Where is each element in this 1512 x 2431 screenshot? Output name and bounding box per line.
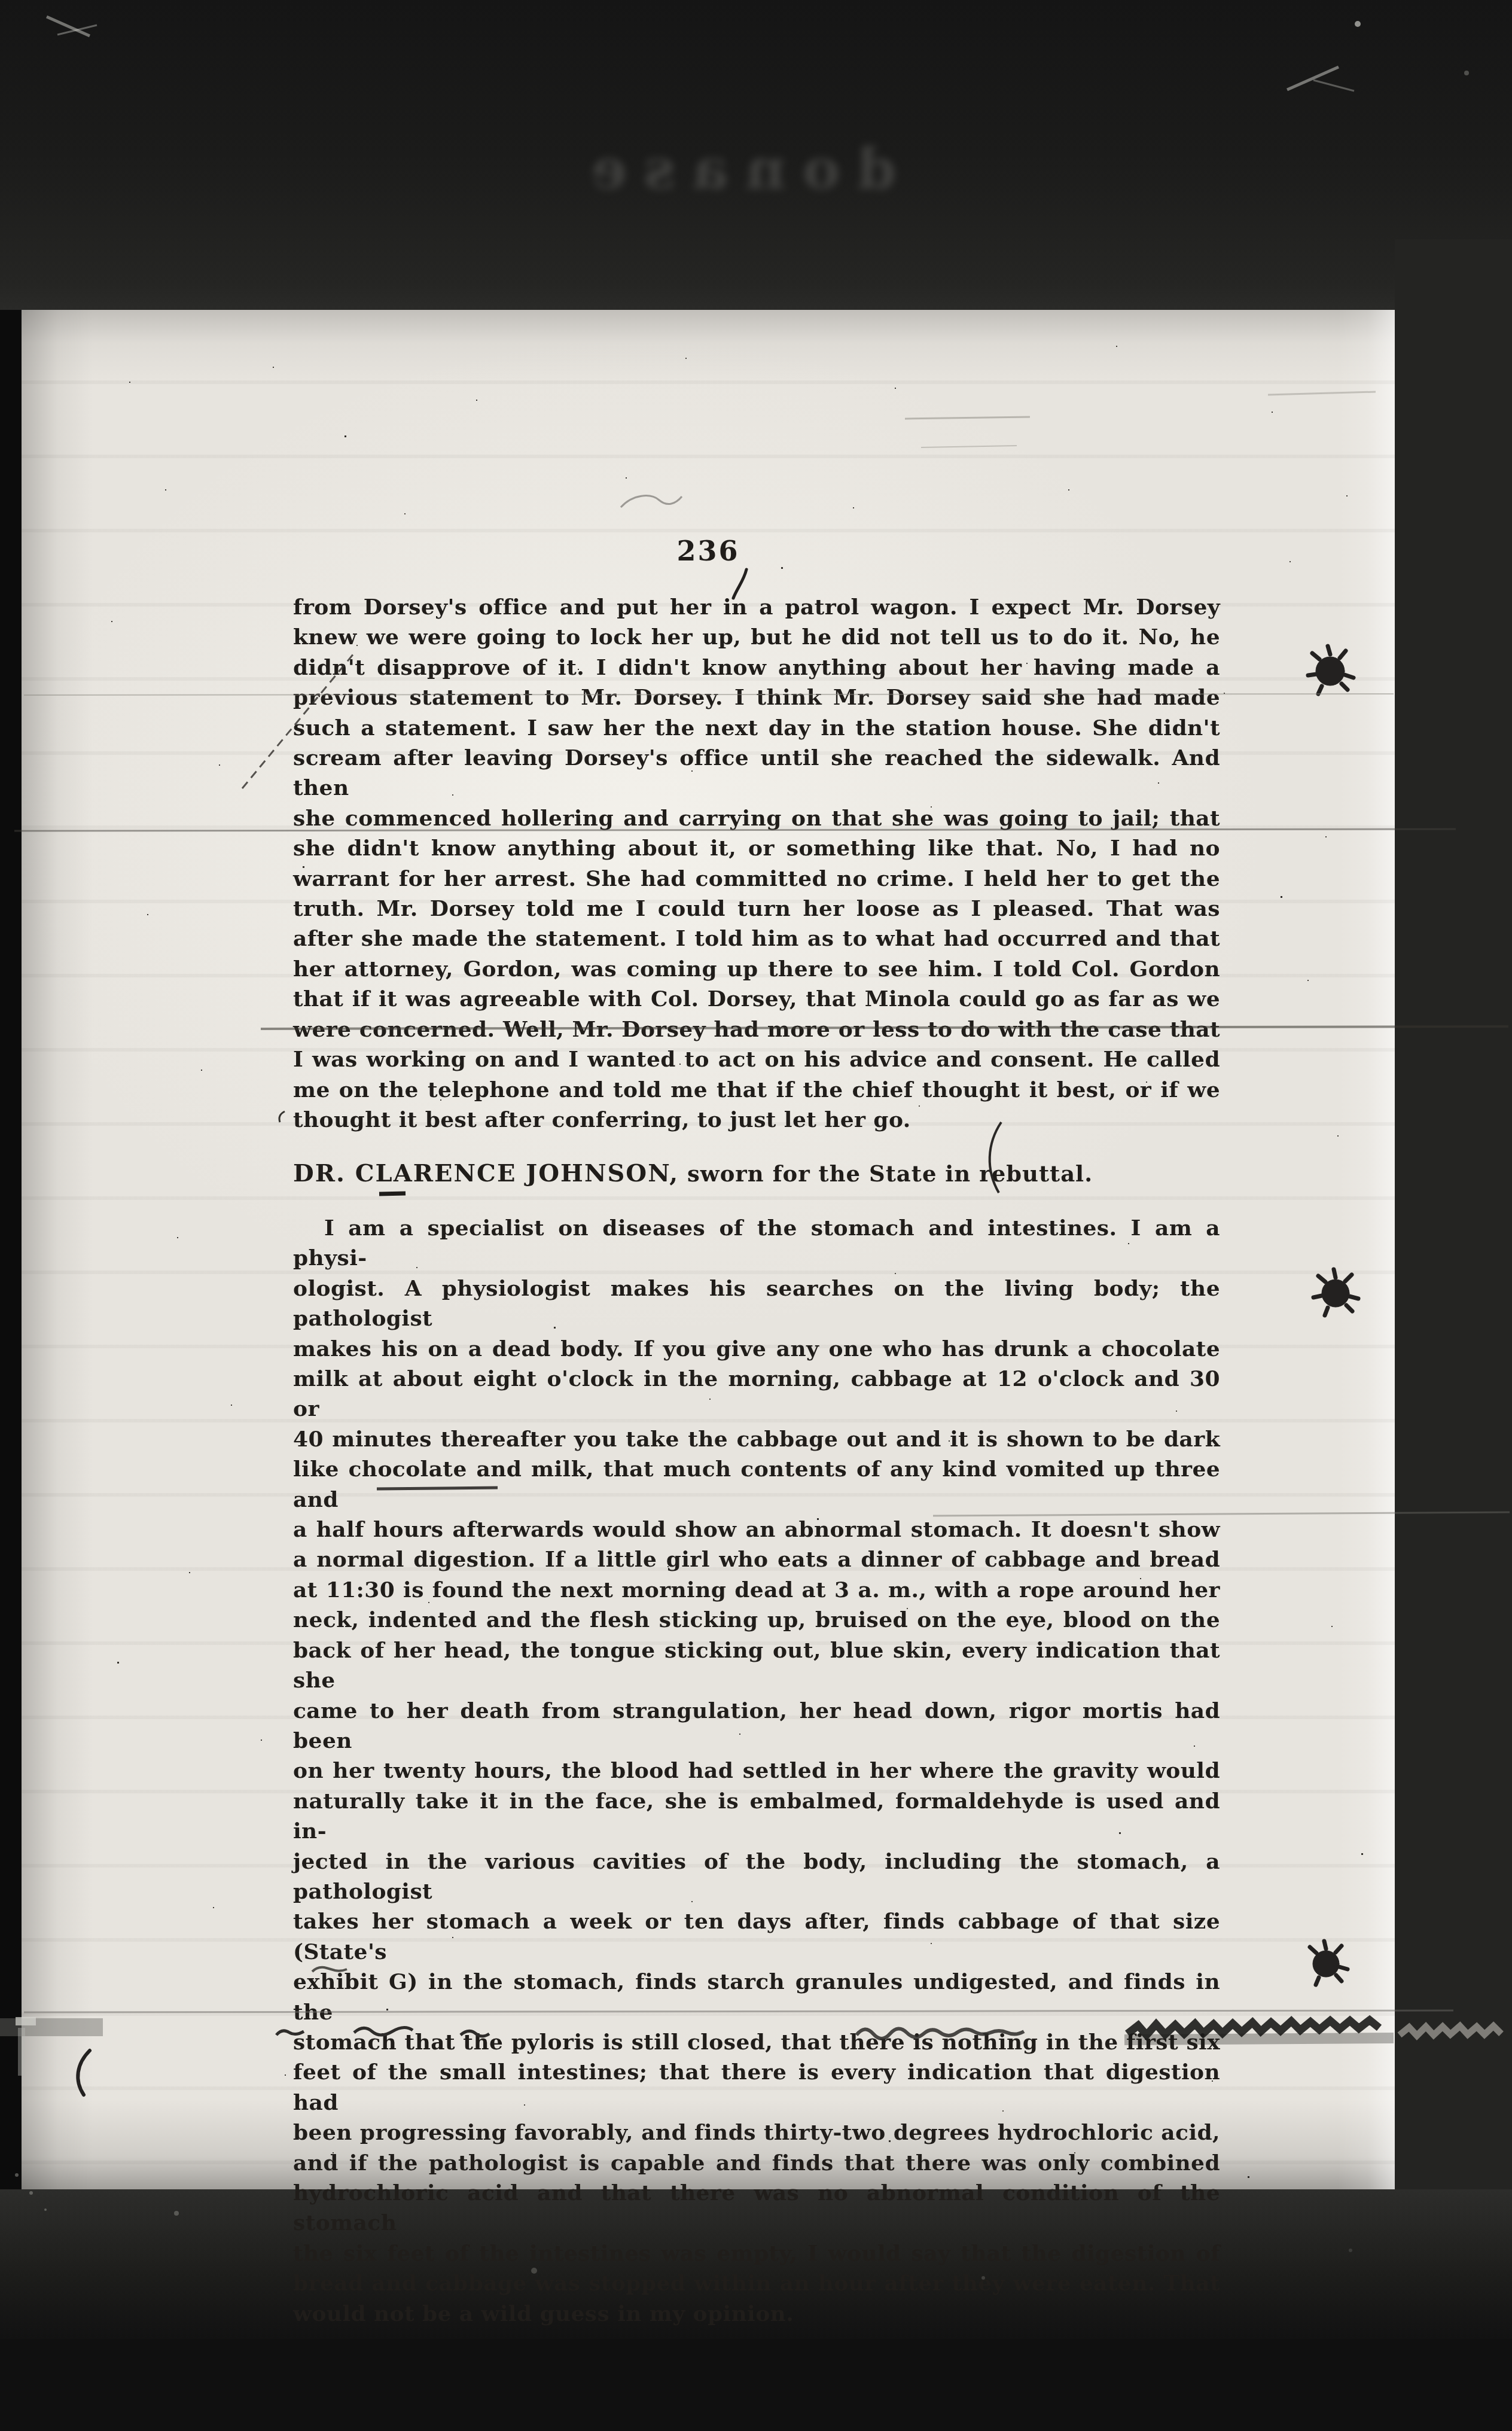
text-line: neck, indented and the flesh sticking up… (293, 1605, 1220, 1635)
text-line: like chocolate and milk, that much conte… (293, 1454, 1220, 1515)
text-line: jected in the various cavities of the bo… (293, 1847, 1220, 1907)
bleed-through-text: donase (574, 136, 896, 202)
text-line: bread and cabbage was stopped within an … (293, 2268, 1220, 2298)
text-line: that if it was agreeable with Col. Dorse… (293, 984, 1220, 1014)
scanned-transcript-page: donase 236 from Dorsey's office and put … (0, 0, 1512, 2431)
text-line: thought it best after conferring, to jus… (293, 1105, 1220, 1135)
text-line: at 11:30 is found the next morning dead … (293, 1575, 1220, 1605)
text-line: were concerned. Well, Mr. Dorsey had mor… (293, 1015, 1220, 1044)
dust-speckles-large (22, 310, 23, 312)
text-line: ologist. A physiologist makes his search… (293, 1274, 1220, 1334)
witness-heading-rest: sworn for the State in rebuttal. (679, 1160, 1093, 1187)
witness-name: DR. CLARENCE JOHNSON, (293, 1159, 679, 1187)
text-line: such a statement. I saw her the next day… (293, 713, 1220, 743)
text-line: came to her death from strangulation, he… (293, 1696, 1220, 1756)
text-line: naturally take it in the face, she is em… (293, 1786, 1220, 1847)
text-line: hydrochloric acid and that there was no … (293, 2178, 1220, 2238)
text-line: I was working on and I wanted to act on … (293, 1044, 1220, 1074)
text-line: would not be a wild guess in my opinion. (293, 2299, 1220, 2329)
text-line: warrant for her arrest. She had committe… (293, 864, 1220, 894)
text-line: me on the telephone and told me that if … (293, 1075, 1220, 1105)
witness-heading: DR. CLARENCE JOHNSON, sworn for the Stat… (293, 1159, 1220, 1187)
text-line: she commenced hollering and carrying on … (293, 803, 1220, 833)
text-line: on her twenty hours, the blood had settl… (293, 1756, 1220, 1786)
text-line: makes his on a dead body. If you give an… (293, 1334, 1220, 1364)
text-line: she didn't know anything about it, or so… (293, 833, 1220, 863)
text-line: exhibit G) in the stomach, finds starch … (293, 1967, 1220, 2027)
text-line: I am a specialist on diseases of the sto… (293, 1213, 1220, 1274)
text-line: feet of the small intestines; that there… (293, 2057, 1220, 2118)
text-line: back of her head, the tongue sticking ou… (293, 1635, 1220, 1696)
film-left-margin (0, 310, 22, 2189)
text-line: milk at about eight o'clock in the morni… (293, 1364, 1220, 1424)
text-line: a half hours afterwards would show an ab… (293, 1515, 1220, 1544)
transcript-paragraph-2: I am a specialist on diseases of the sto… (293, 1213, 1220, 2329)
text-line: 40 minutes thereafter you take the cabba… (293, 1424, 1220, 1454)
text-line: takes her stomach a week or ten days aft… (293, 1906, 1220, 1967)
text-line: didn't disapprove of it. I didn't know a… (293, 653, 1220, 683)
text-line: her attorney, Gordon, was coming up ther… (293, 954, 1220, 984)
paper-page: 236 from Dorsey's office and put her in … (22, 310, 1395, 2189)
transcript-paragraph-1: from Dorsey's office and put her in a pa… (293, 592, 1220, 1135)
text-line: a normal digestion. If a little girl who… (293, 1544, 1220, 1574)
text-line: stomach that the pyloris is still closed… (293, 2027, 1220, 2057)
text-line: been progressing favorably, and finds th… (293, 2118, 1220, 2147)
text-line: after she made the statement. I told him… (293, 924, 1220, 953)
page-number: 236 (22, 535, 1395, 567)
film-right-margin (1395, 239, 1512, 2315)
text-line: and if the pathologist is capable and fi… (293, 2148, 1220, 2178)
text-line: knew we were going to lock her up, but h… (293, 622, 1220, 652)
text-line: scream after leaving Dorsey's office unt… (293, 743, 1220, 803)
text-line: from Dorsey's office and put her in a pa… (293, 592, 1220, 622)
text-line: the six feet of the intestines was empty… (293, 2238, 1220, 2268)
text-line: previous statement to Mr. Dorsey. I thin… (293, 683, 1220, 712)
text-line: truth. Mr. Dorsey told me I could turn h… (293, 894, 1220, 924)
